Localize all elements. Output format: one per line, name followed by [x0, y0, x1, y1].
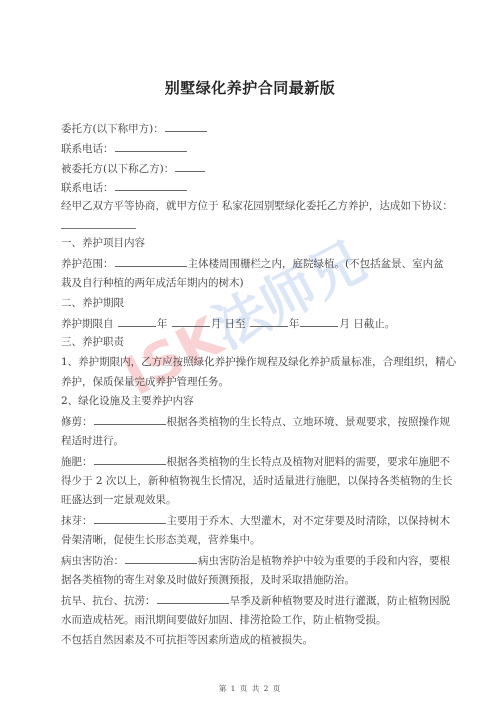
pest-line: 病虫害防治：病虫害防治是植物养护中较为重要的手段和内容，要根	[61, 553, 450, 568]
party-b-phone-line: 联系电话：	[61, 180, 188, 195]
fertilizing-line-2: 得少于 2 次以上，新种植物视生长情况，适时适量进行施肥，以保持各类植物的生长	[61, 474, 452, 488]
party-b-phone-blank	[115, 180, 187, 191]
party-b-blank	[175, 161, 205, 172]
duty1-line1: 1、养护期限内，乙方应按照绿化养护操作规程及绿化养护质量标准，合理组织，精心	[61, 355, 456, 369]
intro-paragraph: 经甲乙双方平等协商，就甲方位于 私家花园别墅绿化委托乙方养护，达成如下协议：	[61, 199, 453, 213]
party-a-phone-blank	[115, 141, 187, 152]
drought-line: 抗旱、抗台、抗涝：旱季及新种植物要及时进行灌溉，防止植物因脱	[61, 593, 450, 608]
scope-line-2: 栽及自行种植的两年成活年期内的树木)	[61, 276, 244, 290]
party-a-phone-line: 联系电话：	[61, 141, 188, 156]
duty2-heading: 2、绿化设施及主要养护内容	[61, 394, 194, 408]
exclusion-line: 不包括自然因素及不可抗拒等因素所造成的植被损失。	[61, 633, 313, 647]
period-line: 养护期限自 年 月 日至 年月 日截止。	[61, 316, 395, 331]
fertilizing-line-3: 旺盛达到一定景观效果。	[61, 493, 177, 507]
budding-line-2: 骨架清晰，促使生长形态美观，营养集中。	[61, 533, 261, 547]
scope-line: 养护范围：主体楼周围栅栏之内，庭院绿植。(不包括盆景、室内盆	[61, 256, 444, 271]
pest-line-2: 据各类植物的寄生对象及时做好预测预报，及时采取措施防治。	[61, 573, 355, 587]
document-page: ISK法师兄 别墅绿化养护合同最新版 委托方(以下称甲方)： 联系电话： 被委托…	[0, 0, 500, 706]
fertilizing-line: 施肥：根据各类植物的生长特点及植物对肥料的需要，要求年施肥不	[61, 454, 450, 469]
pruning-line-2: 程适时进行。	[61, 434, 124, 448]
page-indicator: 第 1 页 共 2 页	[0, 683, 500, 694]
duty1-line2: 养护，保质保量完成养护管理任务。	[61, 375, 229, 389]
party-b-line: 被委托方(以下称乙方)：	[61, 161, 206, 176]
party-a-blank	[165, 121, 207, 132]
budding-line: 抹芽：主要用于乔木、大型灌木，对不定芽要及时清除，以保持树木	[61, 513, 450, 528]
pruning-line: 修剪：根据各类植物的生长特点、立地环境、景观要求，按照操作规	[61, 414, 450, 429]
section2-heading: 二、养护期限	[61, 296, 124, 310]
section3-heading: 三、养护职责	[61, 335, 124, 349]
separator-line	[61, 228, 136, 229]
drought-line-2: 水而造成枯死。雨汛期间要做好加固、排涝抢险工作，防止植物受损。	[61, 613, 387, 627]
party-a-line: 委托方(以下称甲方)：	[61, 121, 208, 136]
section1-heading: 一、养护项目内容	[61, 236, 145, 250]
document-title: 别墅绿化养护合同最新版	[0, 77, 500, 98]
